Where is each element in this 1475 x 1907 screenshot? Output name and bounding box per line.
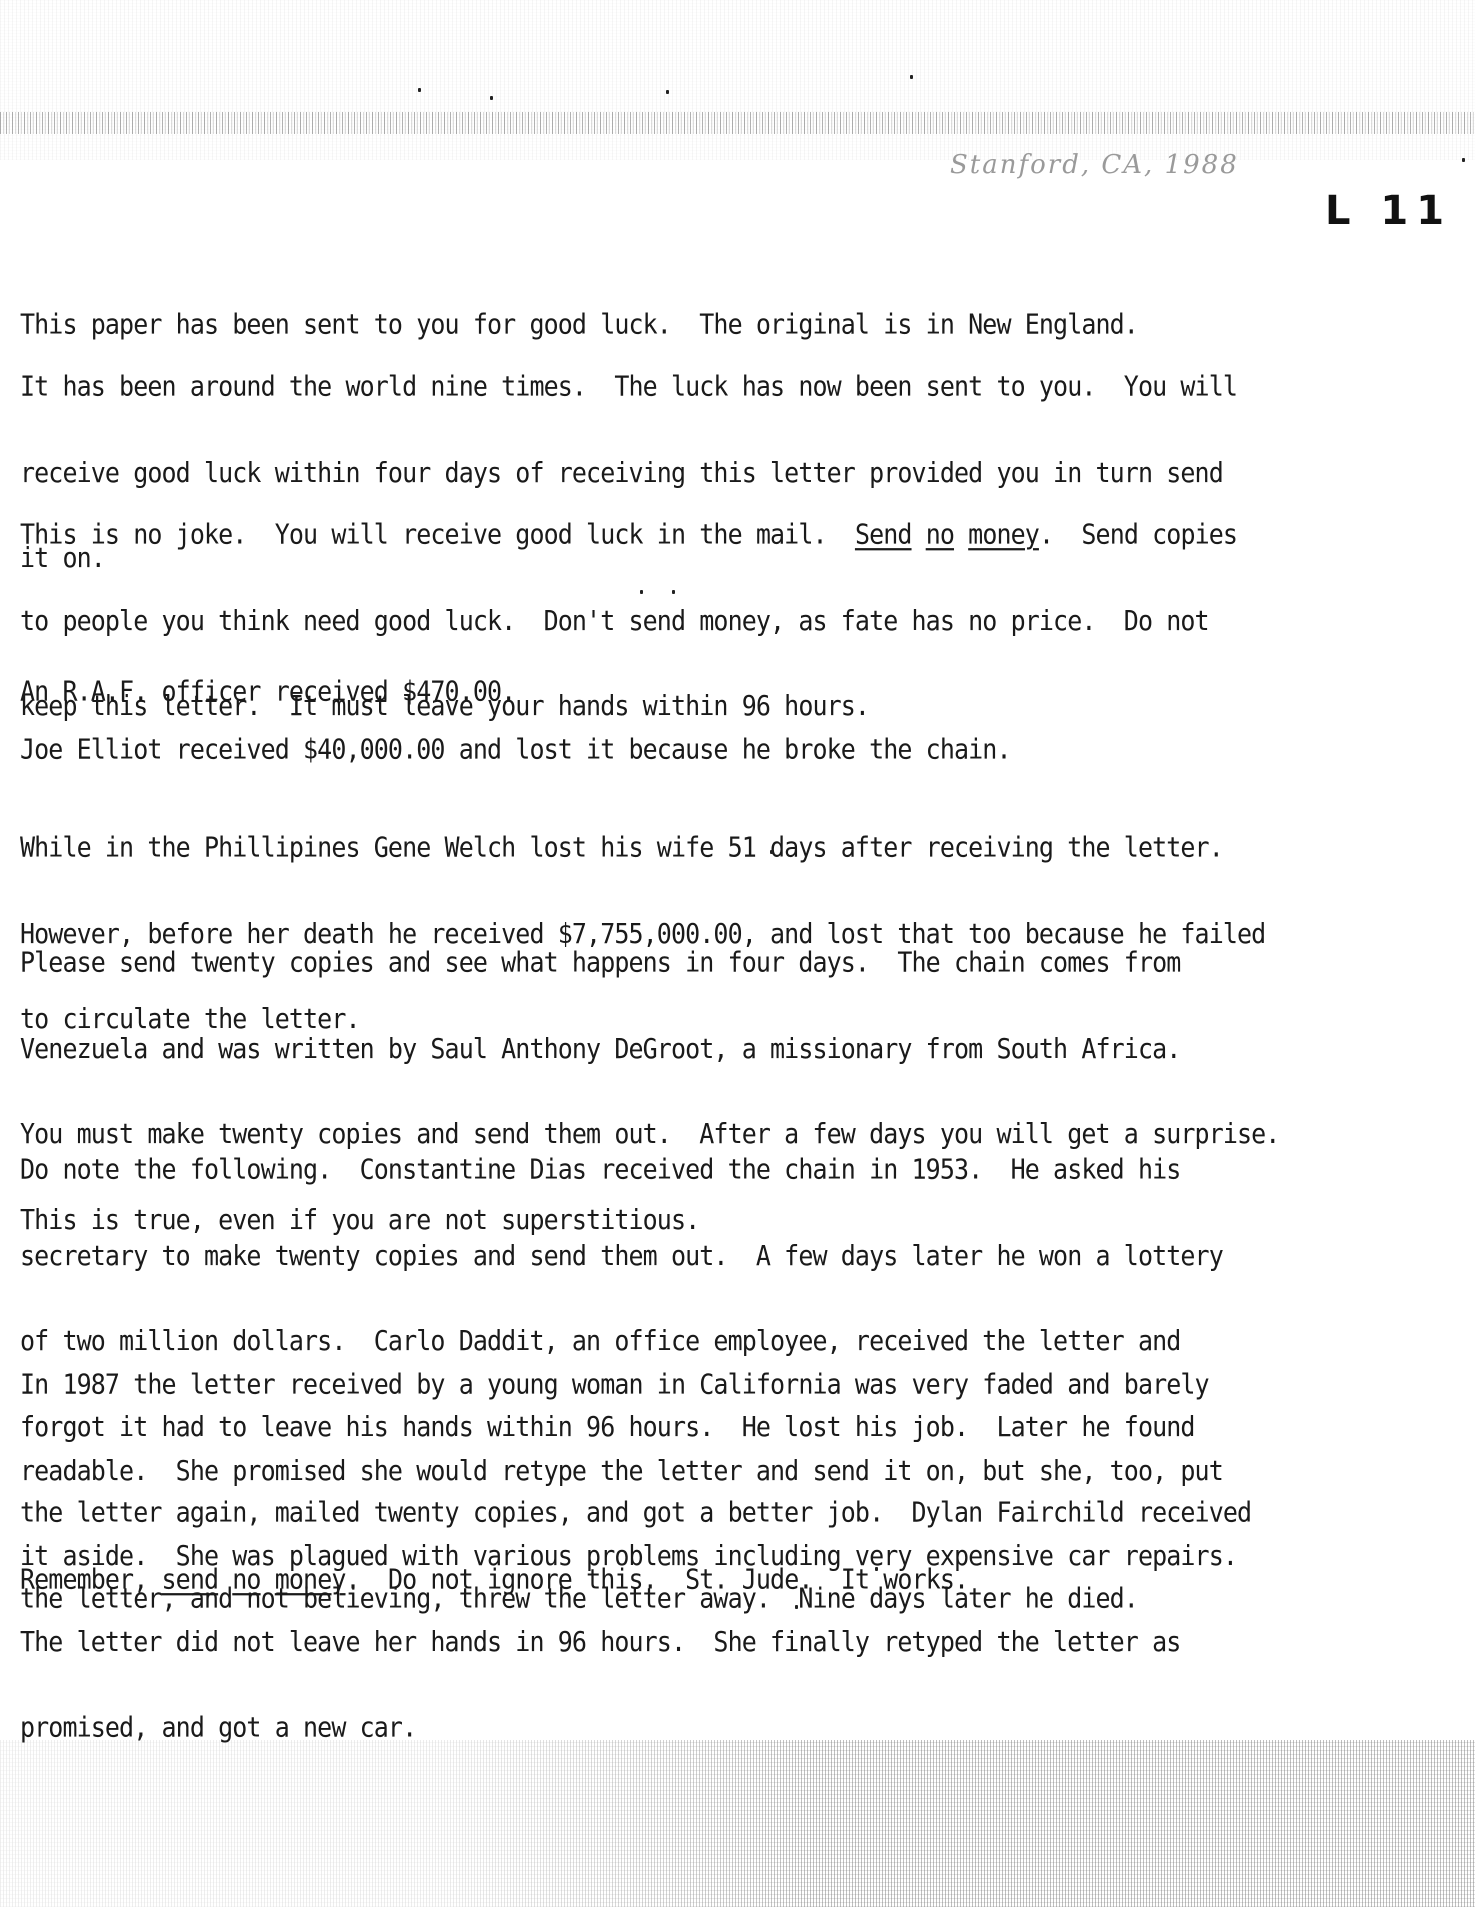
text-line: Joe Elliot received $40,000.00 and lost … bbox=[20, 735, 1011, 764]
underlined-send: send bbox=[162, 1563, 219, 1595]
text-line: Please send twenty copies and see what h… bbox=[20, 948, 1279, 977]
scan-speck bbox=[672, 590, 675, 594]
scan-speck bbox=[875, 1567, 878, 1571]
text-line: secretary to make twenty copies and send… bbox=[20, 1241, 1251, 1270]
paragraph-remember: Remember, send no money. Do not ignore t… bbox=[20, 1508, 968, 1651]
underlined-money: money bbox=[968, 518, 1039, 550]
text-line: Venezuela and was written by Saul Anthon… bbox=[20, 1034, 1279, 1063]
scan-speck bbox=[418, 88, 421, 92]
scan-noise-top bbox=[0, 0, 1475, 160]
text-line: promised, and got a new car. bbox=[20, 1713, 1237, 1742]
underlined-send: Send bbox=[855, 518, 912, 550]
handwritten-location-note: Stanford, CA, 1988 bbox=[950, 150, 1239, 180]
page-label: L 11 bbox=[1325, 188, 1452, 234]
text-line: While in the Phillipines Gene Welch lost… bbox=[20, 833, 1265, 862]
scan-speck bbox=[490, 96, 493, 100]
text-line: Do note the following. Constantine Dias … bbox=[20, 1155, 1251, 1184]
text-line: readable. She promised she would retype … bbox=[20, 1456, 1237, 1485]
scan-speck bbox=[795, 1605, 798, 1609]
scan-speck bbox=[640, 590, 643, 594]
underlined-no: no bbox=[926, 518, 954, 550]
scan-speck bbox=[666, 90, 669, 94]
scan-speck bbox=[770, 850, 773, 854]
scan-noise-band bbox=[0, 112, 1475, 134]
text-line: This is no joke. You will receive good l… bbox=[20, 520, 1237, 549]
underlined-no: no bbox=[232, 1563, 260, 1595]
scan-speck bbox=[1462, 158, 1465, 162]
text-line: It has been around the world nine times.… bbox=[20, 372, 1237, 401]
text-line: In 1987 the letter received by a young w… bbox=[20, 1370, 1237, 1399]
text-line: Remember, send no money. Do not ignore t… bbox=[20, 1565, 968, 1594]
underlined-money: money bbox=[275, 1563, 346, 1595]
scan-speck bbox=[910, 75, 913, 79]
